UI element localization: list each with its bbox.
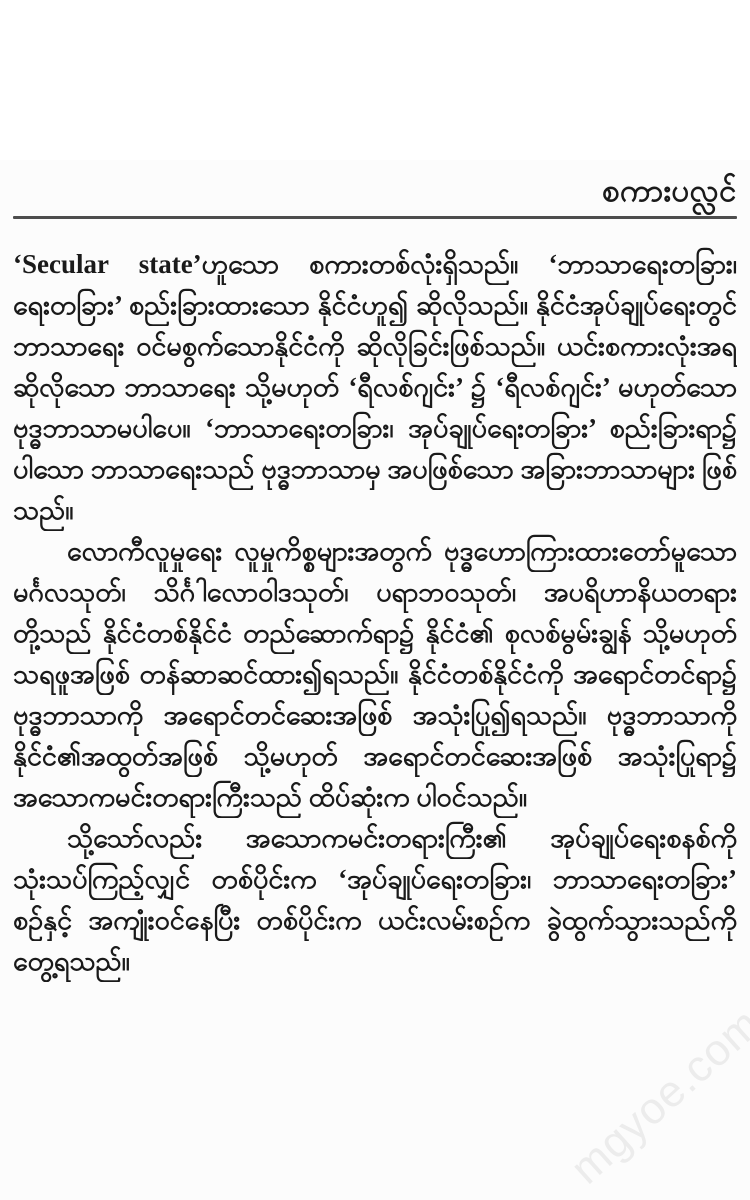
text-line: ပါသော ဘာသာရေးသည် ဗုဒ္ဓဘာသာမှ အပဖြစ်သော အ… xyxy=(13,449,737,490)
text-line: တွေ့ရသည်။ xyxy=(13,941,737,982)
text-line: အသောကမင်းတရားကြီးသည် ထိပ်ဆုံးက ပါဝင်သည်။ xyxy=(13,777,737,818)
text-line: သရဖူအဖြစ် တန်ဆာဆင်ထား၍ရသည်။ နိုင်ငံတစ်နိ… xyxy=(13,654,737,695)
text-line: ဗုဒ္ဓဘာသာမပါပေ။ ‘ဘာသာရေးတခြား၊ အုပ်ချုပ်… xyxy=(13,408,737,449)
text-line: စဉ်နှင့် အကျုံးဝင်နေပြီး တစ်ပိုင်းက ယင်း… xyxy=(13,900,737,941)
text-line: သုံးသပ်ကြည့်လျှင် တစ်ပိုင်းက ‘အုပ်ချုပ်ရ… xyxy=(13,859,737,900)
text-line: သည်။ xyxy=(13,490,737,531)
text-line: နိုင်ငံ၏အထွတ်အဖြစ် သို့မဟုတ် အရောင်တင်ဆေ… xyxy=(13,736,737,777)
text-line: ဆိုလိုသော ဘာသာရေး သို့မဟုတ် ‘ရီလစ်ဂျင်း’… xyxy=(13,367,737,408)
text-line: ‘Secular state’ဟူသော စကားတစ်လုံးရှိသည်။ … xyxy=(13,244,737,285)
text-line: ရေးတခြား’ စည်းခြားထားသော နိုင်ငံဟူ၍ ဆိုလ… xyxy=(13,285,737,326)
header-rule xyxy=(13,216,737,219)
body-text: ‘Secular state’ဟူသော စကားတစ်လုံးရှိသည်။ … xyxy=(13,244,737,982)
text-line: သို့သော်လည်း အသောကမင်းတရားကြီး၏ အုပ်ချုပ… xyxy=(13,818,737,859)
text-line: မင်္ဂလသုတ်၊ သိင်္ဂါလောဝါဒသုတ်၊ ပရာဘဝသုတ်… xyxy=(13,572,737,613)
text-line: ဗုဒ္ဓဘာသာကို အရောင်တင်ဆေးအဖြစ် အသုံးပြု၍… xyxy=(13,695,737,736)
text-line: ဘာသာရေး ဝင်မစွက်သောနိုင်ငံကို ဆိုလိုခြင်… xyxy=(13,326,737,367)
text-line: လောကီလူမှုရေး လူမှုကိစ္စများအတွက် ဗုဒ္ဓဟ… xyxy=(13,531,737,572)
text-line: တို့သည် နိုင်ငံတစ်နိုင်ငံ တည်ဆောက်ရာ၌ နိ… xyxy=(13,613,737,654)
page-title: စကားပလ္လင် xyxy=(13,170,737,212)
scanned-page: စကားပလ္လင် ‘Secular state’ဟူသော စကားတစ်လ… xyxy=(0,0,750,1200)
page-header: စကားပလ္လင် xyxy=(13,170,737,212)
